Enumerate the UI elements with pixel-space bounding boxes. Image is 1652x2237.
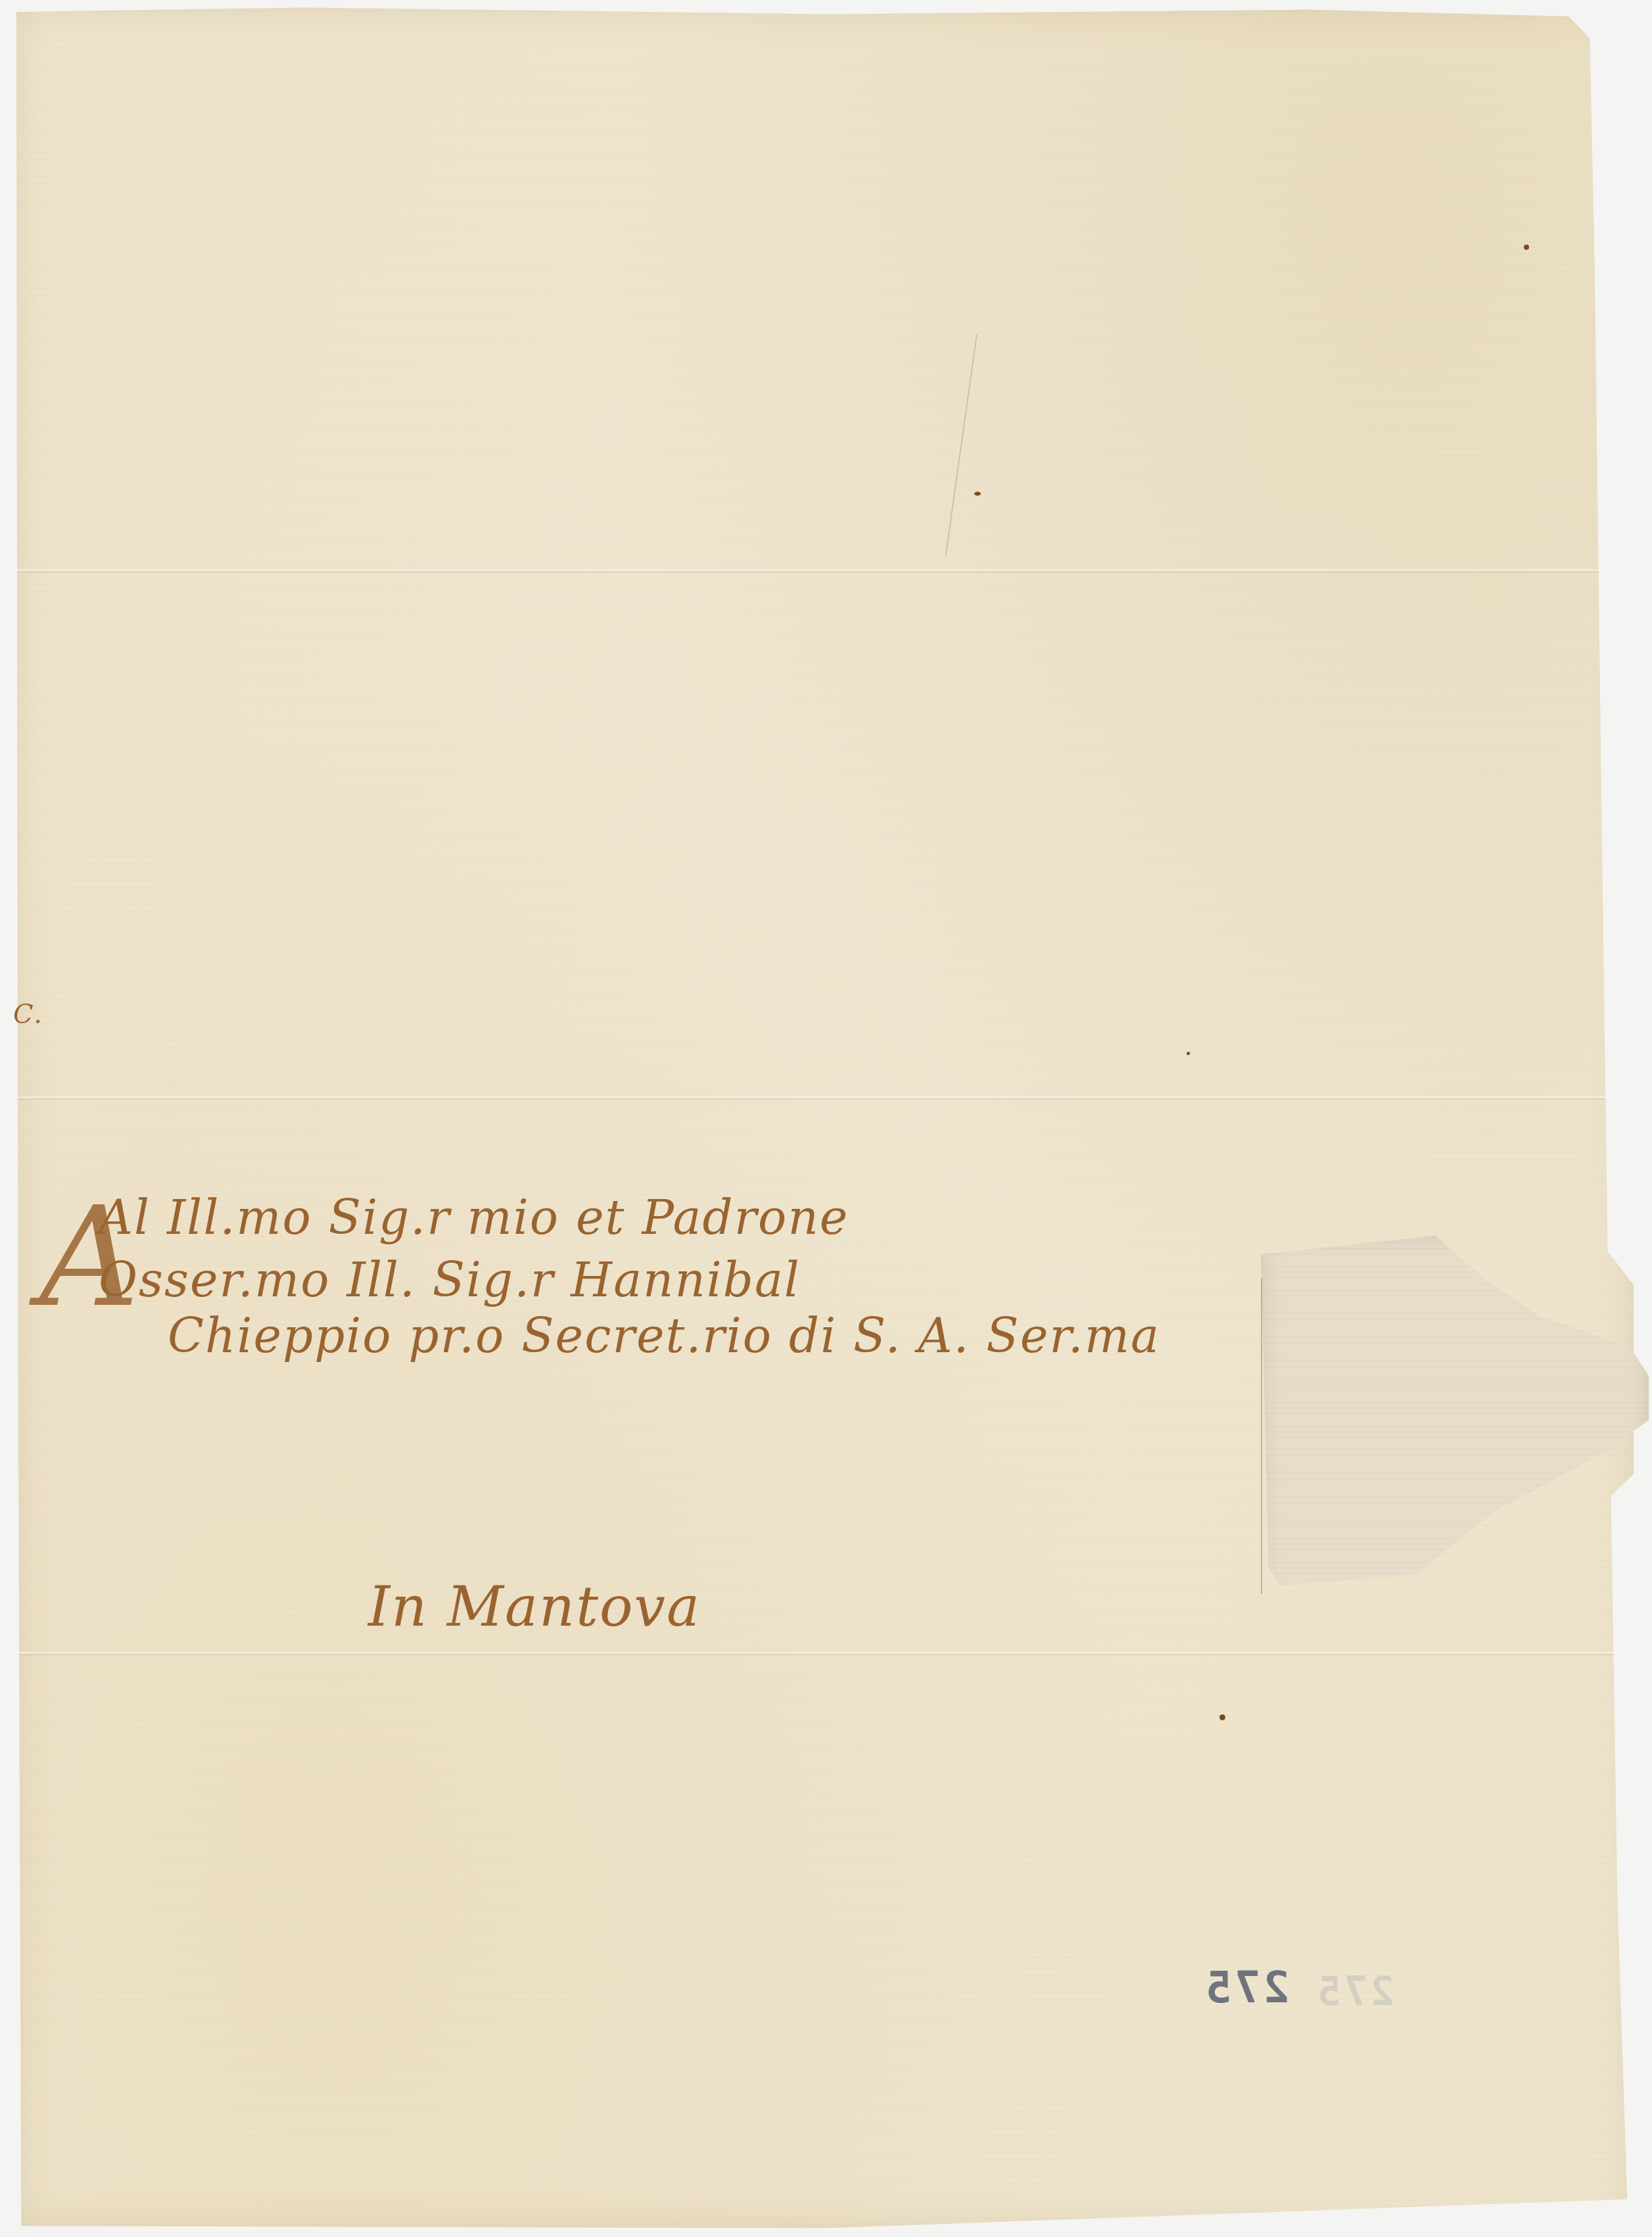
archive-stamp-ghost: 275	[1315, 1969, 1394, 2015]
ink-speck	[974, 492, 981, 496]
fold-line	[13, 1096, 1634, 1100]
ink-speck	[1524, 245, 1529, 250]
paper-sheet	[13, 5, 1634, 2230]
address-line-2: Osser.mo Ill. Sig.r Hannibal	[99, 1252, 801, 1307]
fold-line	[13, 569, 1634, 573]
address-line-1: Al Ill.mo Sig.r mio et Padrone	[99, 1190, 849, 1245]
paper-crease	[945, 334, 978, 555]
ink-speck	[1219, 1714, 1225, 1720]
address-line-3: Chieppio pr.o Secret.rio di S. A. Ser.ma	[168, 1308, 1160, 1363]
fold-line	[13, 1652, 1634, 1655]
ink-speck	[1187, 1052, 1190, 1055]
margin-note: C.	[13, 999, 43, 1029]
archive-stamp: 275	[1203, 1962, 1289, 2013]
seal-flap-edge	[1261, 1279, 1262, 1594]
destination-line: In Mantova	[368, 1574, 701, 1639]
